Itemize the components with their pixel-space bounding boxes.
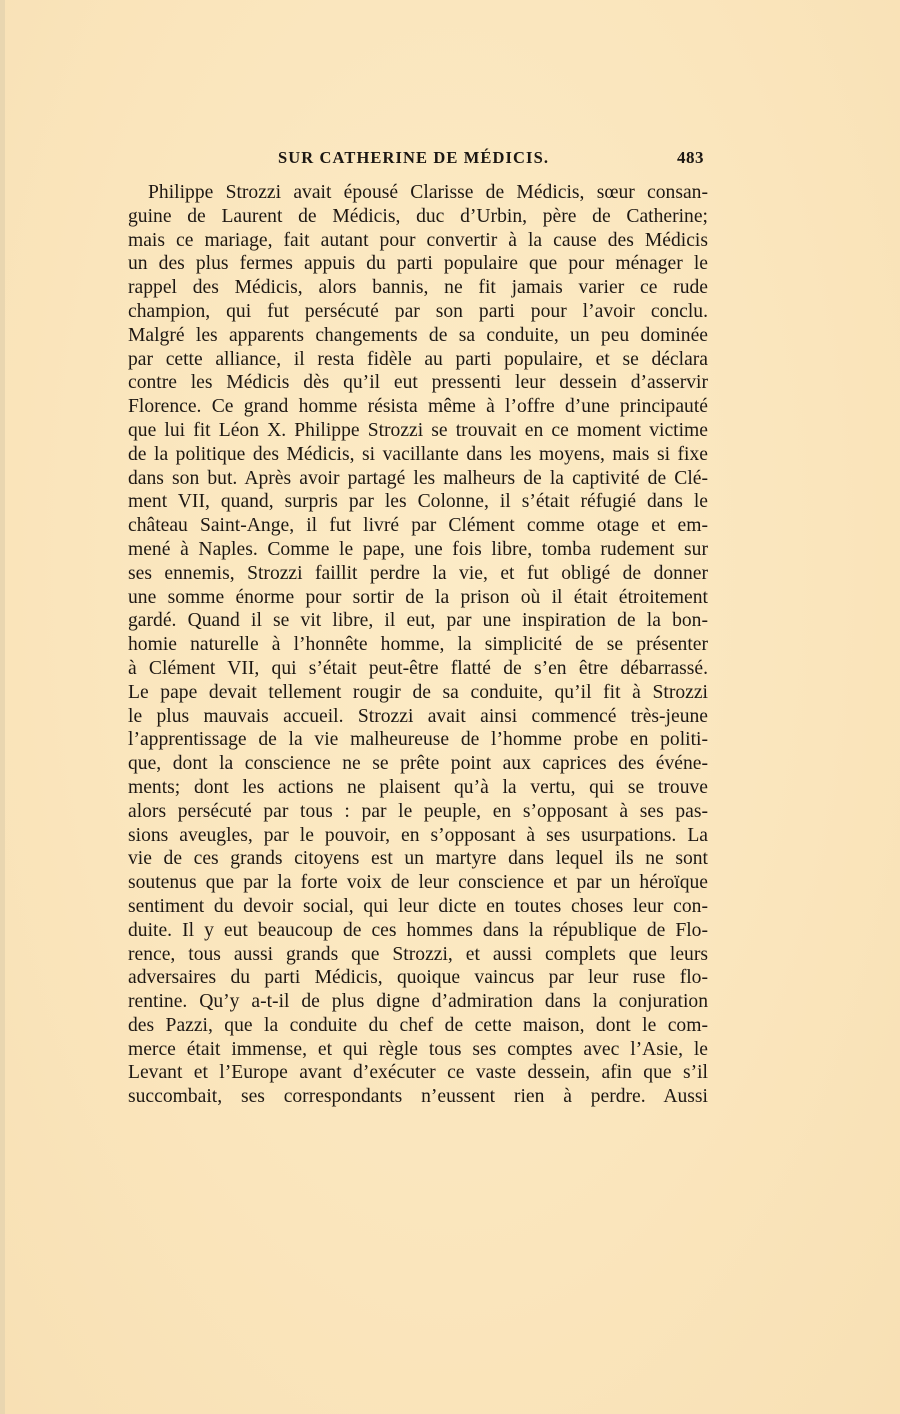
text-line: champion, qui fut persécuté par son part… xyxy=(128,300,708,324)
body-text: Philippe Strozzi avait épousé Clarisse d… xyxy=(128,181,708,1109)
text-line: Malgré les apparents changements de sa c… xyxy=(128,324,708,348)
text-line: rappel des Médicis, alors bannis, ne fit… xyxy=(128,276,708,300)
text-line: que lui fit Léon X. Philippe Strozzi se … xyxy=(128,419,708,443)
text-line: de la politique des Médicis, si vacillan… xyxy=(128,443,708,467)
text-line: guine de Laurent de Médicis, duc d’Urbin… xyxy=(128,205,708,229)
text-line: alors persécuté par tous : par le peuple… xyxy=(128,800,708,824)
text-line: Levant et l’Europe avant d’exécuter ce v… xyxy=(128,1061,708,1085)
text-line: succombait, ses correspondants n’eussent… xyxy=(128,1085,708,1109)
text-line: mené à Naples. Comme le pape, une fois l… xyxy=(128,538,708,562)
text-line: rence, tous aussi grands que Strozzi, et… xyxy=(128,943,708,967)
text-line: ment VII, quand, surpris par les Colonne… xyxy=(128,490,708,514)
text-line: adversaires du parti Médicis, quoique va… xyxy=(128,966,708,990)
text-line: sions aveugles, par le pouvoir, en s’opp… xyxy=(128,824,708,848)
text-line: Florence. Ce grand homme résista même à … xyxy=(128,395,708,419)
text-line: l’apprentissage de la vie malheureuse de… xyxy=(128,728,708,752)
text-line: soutenus que par la forte voix de leur c… xyxy=(128,871,708,895)
text-line: gardé. Quand il se vit libre, il eut, pa… xyxy=(128,609,708,633)
text-line: à Clément VII, qui s’était peut-être fla… xyxy=(128,657,708,681)
text-line: des Pazzi, que la conduite du chef de ce… xyxy=(128,1014,708,1038)
text-line: château Saint-Ange, il fut livré par Clé… xyxy=(128,514,708,538)
text-line: rentine. Qu’y a-t-il de plus digne d’adm… xyxy=(128,990,708,1014)
text-line: mais ce mariage, fait autant pour conver… xyxy=(128,229,708,253)
text-line: par cette alliance, il resta fidèle au p… xyxy=(128,348,708,372)
text-line: que, dont la conscience ne se prête poin… xyxy=(128,752,708,776)
page-header: SUR CATHERINE DE MÉDICIS. 483 xyxy=(128,148,708,172)
text-line: ses ennemis, Strozzi faillit perdre la v… xyxy=(128,562,708,586)
running-title: SUR CATHERINE DE MÉDICIS. xyxy=(278,148,549,168)
text-line: Philippe Strozzi avait épousé Clarisse d… xyxy=(128,181,708,205)
text-line: homie naturelle à l’honnête homme, la si… xyxy=(128,633,708,657)
text-line: ments; dont les actions ne plaisent qu’à… xyxy=(128,776,708,800)
text-line: une somme énorme pour sortir de la priso… xyxy=(128,586,708,610)
text-line: dans son but. Après avoir partagé les ma… xyxy=(128,467,708,491)
page-edge xyxy=(0,0,5,1414)
text-line: vie de ces grands citoyens est un martyr… xyxy=(128,847,708,871)
text-line: contre les Médicis dès qu’il eut pressen… xyxy=(128,371,708,395)
text-line: Le pape devait tellement rougir de sa co… xyxy=(128,681,708,705)
text-line: le plus mauvais accueil. Strozzi avait a… xyxy=(128,705,708,729)
text-line: duite. Il y eut beaucoup de ces hommes d… xyxy=(128,919,708,943)
page-number: 483 xyxy=(677,148,704,168)
book-page: SUR CATHERINE DE MÉDICIS. 483 Philippe S… xyxy=(0,0,900,1414)
text-line: un des plus fermes appuis du parti popul… xyxy=(128,252,708,276)
text-line: sentiment du devoir social, qui leur dic… xyxy=(128,895,708,919)
text-line: merce était immense, et qui règle tous s… xyxy=(128,1038,708,1062)
